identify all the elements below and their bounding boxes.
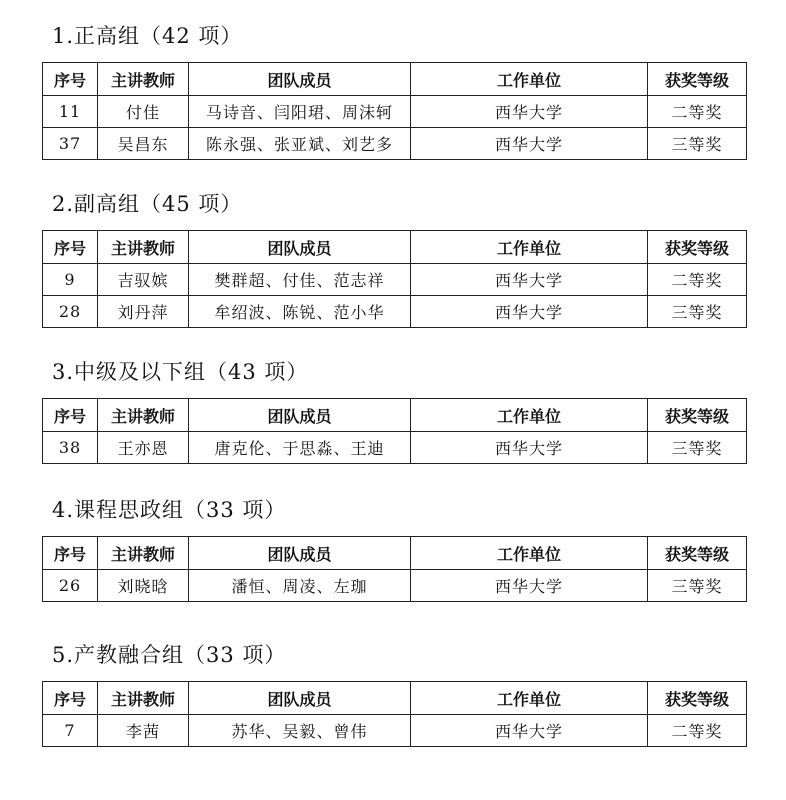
header-no: 序号 <box>43 63 98 96</box>
header-unit: 工作单位 <box>411 231 648 264</box>
header-members: 团队成员 <box>189 399 411 432</box>
header-level: 获奖等级 <box>648 399 747 432</box>
cell-members: 苏华、吴毅、曾伟 <box>189 715 411 747</box>
table-header-row: 序号 主讲教师 团队成员 工作单位 获奖等级 <box>43 537 747 570</box>
table-header-row: 序号 主讲教师 团队成员 工作单位 获奖等级 <box>43 63 747 96</box>
table-row: 28 刘丹萍 牟绍波、陈锐、范小华 西华大学 三等奖 <box>43 296 747 328</box>
table-row: 38 王亦恩 唐克伦、于思淼、王迪 西华大学 三等奖 <box>43 432 747 464</box>
header-teacher: 主讲教师 <box>98 399 189 432</box>
section-title: 2.副高组（45 项） <box>52 190 746 218</box>
header-teacher: 主讲教师 <box>98 682 189 715</box>
award-table: 序号 主讲教师 团队成员 工作单位 获奖等级 7 李茜 苏华、吴毅、曾伟 西华大… <box>42 681 747 747</box>
cell-no: 38 <box>43 432 98 464</box>
header-members: 团队成员 <box>189 231 411 264</box>
section-title: 3.中级及以下组（43 项） <box>52 358 746 386</box>
table-header-row: 序号 主讲教师 团队成员 工作单位 获奖等级 <box>43 231 747 264</box>
table-row: 11 付佳 马诗音、闫阳珺、周沫轲 西华大学 二等奖 <box>43 96 747 128</box>
cell-no: 37 <box>43 128 98 160</box>
cell-unit: 西华大学 <box>411 96 648 128</box>
header-teacher: 主讲教师 <box>98 231 189 264</box>
header-no: 序号 <box>43 399 98 432</box>
table-header-row: 序号 主讲教师 团队成员 工作单位 获奖等级 <box>43 399 747 432</box>
cell-level: 三等奖 <box>648 432 747 464</box>
table-row: 7 李茜 苏华、吴毅、曾伟 西华大学 二等奖 <box>43 715 747 747</box>
cell-unit: 西华大学 <box>411 715 648 747</box>
header-unit: 工作单位 <box>411 63 648 96</box>
section-associate: 2.副高组（45 项） 序号 主讲教师 团队成员 工作单位 获奖等级 9 吉驭嫔… <box>42 190 746 328</box>
cell-level: 二等奖 <box>648 715 747 747</box>
section-industry-education: 5.产教融合组（33 项） 序号 主讲教师 团队成员 工作单位 获奖等级 7 李… <box>42 641 746 747</box>
cell-members: 陈永强、张亚斌、刘艺多 <box>189 128 411 160</box>
cell-members: 唐克伦、于思淼、王迪 <box>189 432 411 464</box>
header-members: 团队成员 <box>189 63 411 96</box>
cell-teacher: 付佳 <box>98 96 189 128</box>
cell-unit: 西华大学 <box>411 432 648 464</box>
header-members: 团队成员 <box>189 537 411 570</box>
header-teacher: 主讲教师 <box>98 537 189 570</box>
cell-no: 11 <box>43 96 98 128</box>
cell-members: 潘恒、周凌、左珈 <box>189 570 411 602</box>
cell-unit: 西华大学 <box>411 128 648 160</box>
section-ideological: 4.课程思政组（33 项） 序号 主讲教师 团队成员 工作单位 获奖等级 26 … <box>42 496 746 602</box>
award-table: 序号 主讲教师 团队成员 工作单位 获奖等级 11 付佳 马诗音、闫阳珺、周沫轲… <box>42 62 747 160</box>
cell-unit: 西华大学 <box>411 296 648 328</box>
cell-members: 樊群超、付佳、范志祥 <box>189 264 411 296</box>
cell-level: 三等奖 <box>648 296 747 328</box>
header-unit: 工作单位 <box>411 537 648 570</box>
section-title: 4.课程思政组（33 项） <box>52 496 746 524</box>
header-level: 获奖等级 <box>648 231 747 264</box>
cell-members: 马诗音、闫阳珺、周沫轲 <box>189 96 411 128</box>
header-teacher: 主讲教师 <box>98 63 189 96</box>
header-unit: 工作单位 <box>411 399 648 432</box>
section-title: 5.产教融合组（33 项） <box>52 641 746 669</box>
cell-level: 三等奖 <box>648 128 747 160</box>
award-table: 序号 主讲教师 团队成员 工作单位 获奖等级 38 王亦恩 唐克伦、于思淼、王迪… <box>42 398 747 464</box>
section-intermediate: 3.中级及以下组（43 项） 序号 主讲教师 团队成员 工作单位 获奖等级 38… <box>42 358 746 464</box>
section-title: 1.正高组（42 项） <box>52 22 746 50</box>
cell-no: 7 <box>43 715 98 747</box>
section-senior: 1.正高组（42 项） 序号 主讲教师 团队成员 工作单位 获奖等级 11 付佳… <box>42 22 746 160</box>
cell-level: 二等奖 <box>648 96 747 128</box>
cell-no: 28 <box>43 296 98 328</box>
table-row: 9 吉驭嫔 樊群超、付佳、范志祥 西华大学 二等奖 <box>43 264 747 296</box>
cell-no: 26 <box>43 570 98 602</box>
cell-teacher: 刘晓晗 <box>98 570 189 602</box>
cell-unit: 西华大学 <box>411 264 648 296</box>
cell-teacher: 刘丹萍 <box>98 296 189 328</box>
cell-teacher: 王亦恩 <box>98 432 189 464</box>
cell-members: 牟绍波、陈锐、范小华 <box>189 296 411 328</box>
cell-no: 9 <box>43 264 98 296</box>
header-no: 序号 <box>43 537 98 570</box>
header-no: 序号 <box>43 682 98 715</box>
table-header-row: 序号 主讲教师 团队成员 工作单位 获奖等级 <box>43 682 747 715</box>
award-table: 序号 主讲教师 团队成员 工作单位 获奖等级 9 吉驭嫔 樊群超、付佳、范志祥 … <box>42 230 747 328</box>
header-level: 获奖等级 <box>648 63 747 96</box>
header-members: 团队成员 <box>189 682 411 715</box>
header-unit: 工作单位 <box>411 682 648 715</box>
cell-teacher: 吉驭嫔 <box>98 264 189 296</box>
table-row: 26 刘晓晗 潘恒、周凌、左珈 西华大学 三等奖 <box>43 570 747 602</box>
cell-level: 二等奖 <box>648 264 747 296</box>
cell-teacher: 李茜 <box>98 715 189 747</box>
cell-teacher: 吴昌东 <box>98 128 189 160</box>
award-table: 序号 主讲教师 团队成员 工作单位 获奖等级 26 刘晓晗 潘恒、周凌、左珈 西… <box>42 536 747 602</box>
header-level: 获奖等级 <box>648 682 747 715</box>
header-no: 序号 <box>43 231 98 264</box>
cell-level: 三等奖 <box>648 570 747 602</box>
header-level: 获奖等级 <box>648 537 747 570</box>
table-row: 37 吴昌东 陈永强、张亚斌、刘艺多 西华大学 三等奖 <box>43 128 747 160</box>
cell-unit: 西华大学 <box>411 570 648 602</box>
